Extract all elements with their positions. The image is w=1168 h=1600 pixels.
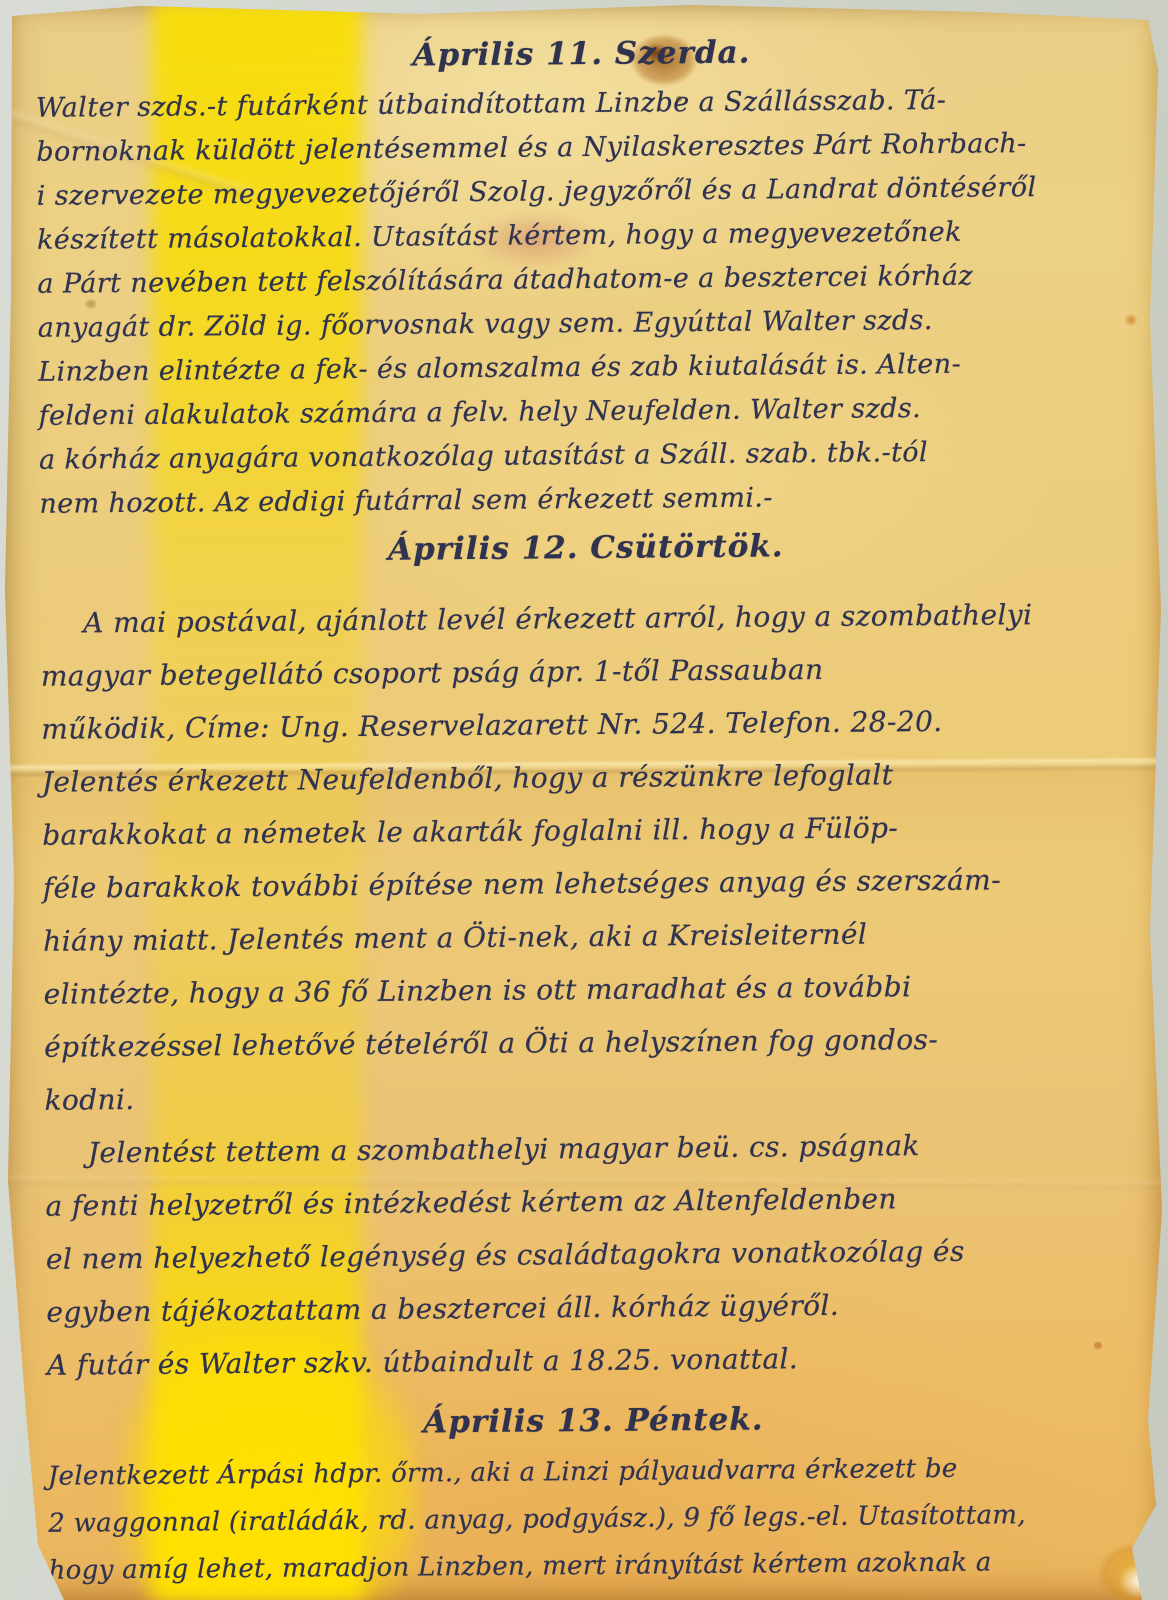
handwritten-line: A mai postával, ajánlott levél érkezett … [40, 587, 1132, 650]
handwritten-line: A futár és Walter szkv. útbaindult a 18.… [47, 1329, 1139, 1392]
diary-entry-april-12: Április 12. Csütörtök. A mai postával, a… [40, 517, 1140, 1391]
entry-date-heading: Április 11. Szerda. [35, 9, 1127, 77]
entry-body: Walter szds.-t futárként útbaindítottam … [36, 67, 1132, 527]
diary-entry-april-11: Április 11. Szerda. Walter szds.-t futár… [35, 9, 1131, 527]
diary-entry-april-13: Április 13. Péntek. Jelentkezett Árpási … [47, 1382, 1141, 1595]
handwritten-line: kodni. [44, 1064, 1136, 1127]
handwritten-line: barakkokat a németek le akarták foglalni… [42, 799, 1134, 862]
handwritten-line: féle barakkok további építése nem lehets… [43, 852, 1135, 915]
paper-sheet: Április 11. Szerda. Walter szds.-t futár… [0, 0, 1168, 1600]
handwritten-line: el nem helyezhető legénység és családtag… [46, 1223, 1138, 1286]
entry-body: Jelentkezett Árpási hdpr. őrm., aki a Li… [48, 1442, 1141, 1595]
handwritten-line: működik, Címe: Ung. Reservelazarett Nr. … [41, 693, 1133, 756]
entry-body: A mai postával, ajánlott levél érkezett … [40, 561, 1139, 1391]
handwritten-line: hiány miatt. Jelentés ment a Öti-nek, ak… [43, 905, 1135, 968]
handwritten-line: Jelentést tettem a szombathelyi magyar b… [45, 1117, 1137, 1180]
handwritten-line: hogy amíg lehet, maradjon Linzben, mert … [48, 1538, 1140, 1595]
handwritten-line: elintézte, hogy a 36 fő Linzben is ott m… [43, 958, 1135, 1021]
handwritten-line: Jelentés érkezett Neufeldenből, hogy a r… [42, 746, 1134, 809]
entry-date-heading: Április 13. Péntek. [47, 1382, 1139, 1452]
handwritten-line: a fenti helyzetről és intézkedést kértem… [45, 1170, 1137, 1233]
handwritten-line: egyben tájékoztattam a besztercei áll. k… [46, 1276, 1138, 1339]
handwritten-content: Április 11. Szerda. Walter szds.-t futár… [35, 9, 1141, 1594]
scanned-document: Április 11. Szerda. Walter szds.-t futár… [0, 0, 1168, 1600]
handwritten-line: építkezéssel lehetővé tételéről a Öti a … [44, 1011, 1136, 1074]
handwritten-line: magyar betegellátó csoport pság ápr. 1-t… [41, 640, 1133, 703]
